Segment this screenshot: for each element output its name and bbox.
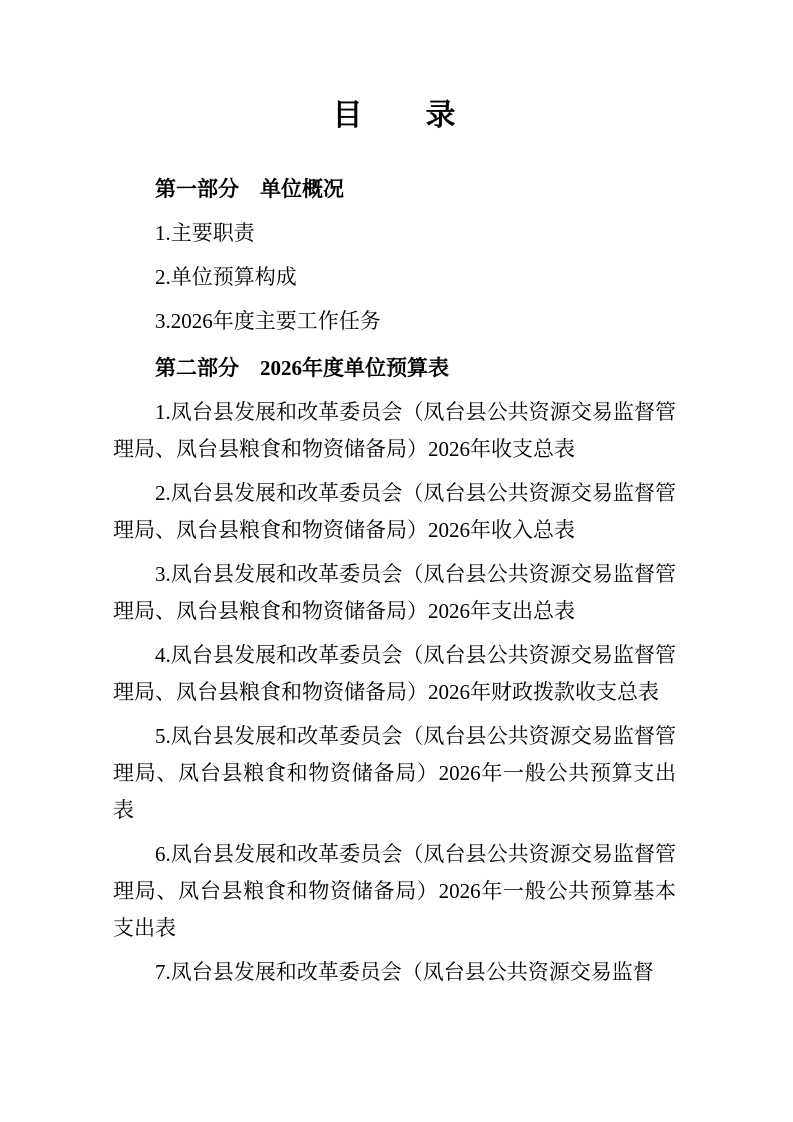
toc-item-part2-1: 1.凤台县发展和改革委员会（凤台县公共资源交易监督管理局、凤台县粮食和物资储备局… [113, 394, 676, 468]
toc-item-part1-2: 2.单位预算构成 [113, 259, 676, 296]
toc-title-text: 目 录 [333, 99, 457, 132]
toc-item-part2-2: 2.凤台县发展和改革委员会（凤台县公共资源交易监督管理局、凤台县粮食和物资储备局… [113, 475, 676, 549]
toc-item-part2-7: 7.凤台县发展和改革委员会（凤台县公共资源交易监督 [113, 954, 676, 991]
toc-item-part2-6: 6.凤台县发展和改革委员会（凤台县公共资源交易监督管理局、凤台县粮食和物资储备局… [113, 836, 676, 947]
toc-item-part2-3: 3.凤台县发展和改革委员会（凤台县公共资源交易监督管理局、凤台县粮食和物资储备局… [113, 556, 676, 630]
section-heading-part1: 第一部分 单位概况 [113, 171, 676, 208]
toc-item-part1-1: 1.主要职责 [113, 215, 676, 252]
document-page: 目 录 第一部分 单位概况 1.主要职责 2.单位预算构成 3.2026年度主要… [0, 0, 793, 1122]
toc-item-part2-4: 4.凤台县发展和改革委员会（凤台县公共资源交易监督管理局、凤台县粮食和物资储备局… [113, 637, 676, 711]
toc-title: 目 录 [113, 97, 676, 135]
section-heading-part2: 第二部分 2026年度单位预算表 [113, 350, 676, 387]
toc-item-part2-5: 5.凤台县发展和改革委员会（凤台县公共资源交易监督管理局、凤台县粮食和物资储备局… [113, 718, 676, 829]
toc-item-part1-3: 3.2026年度主要工作任务 [113, 303, 676, 340]
